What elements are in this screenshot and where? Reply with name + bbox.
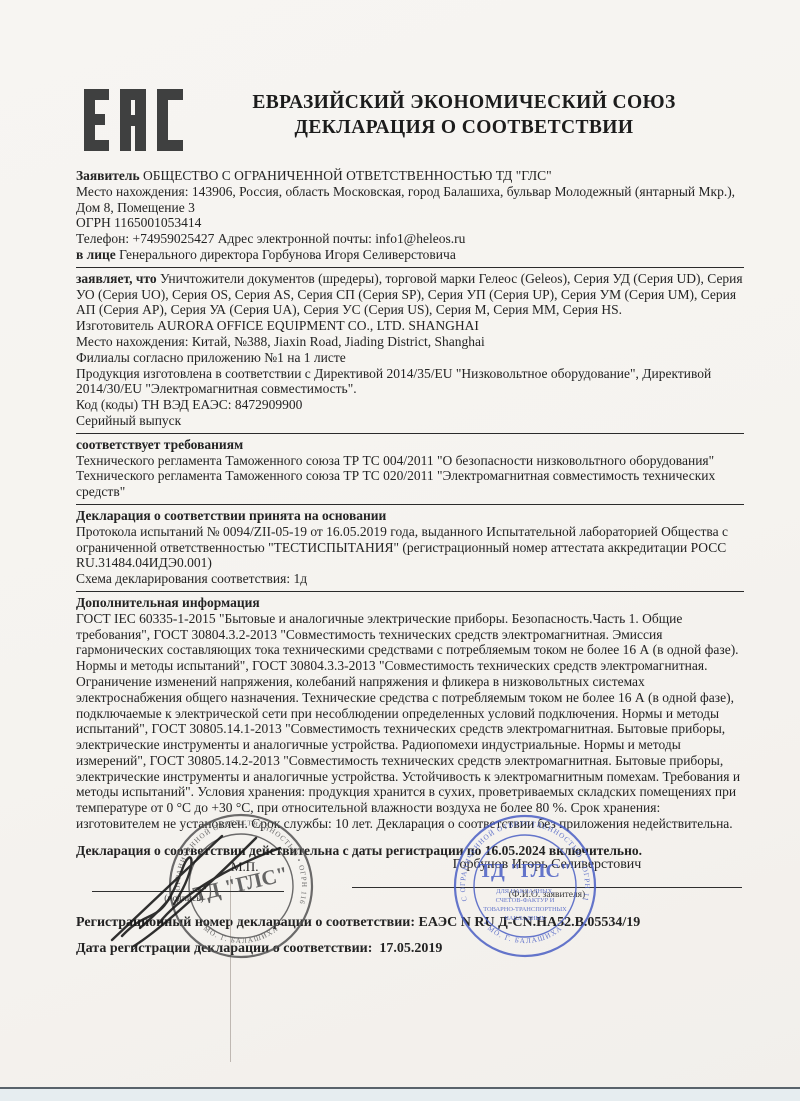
tn-ved-code: Код (коды) ТН ВЭД ЕАЭС: 8472909900 [76, 397, 744, 413]
serial-issue: Серийный выпуск [76, 413, 744, 429]
additional-header: Дополнительная информация [76, 595, 744, 611]
blue-stamp-purpose-line: ТОВАРНО-ТРАНСПОРТНЫХ [483, 906, 567, 913]
blue-stamp-purpose-line: СЧЕТОВ-ФАКТУР И [496, 897, 555, 904]
signature-scribble [104, 808, 309, 958]
applicant-ogrn: ОГРН 1165001053414 [76, 215, 744, 231]
product-description: Уничтожители документов (шредеры), торго… [76, 271, 743, 318]
blue-stamp-company: ТД "ГЛС" [479, 860, 571, 882]
requirements-section: соответствует требованиям Технического р… [76, 434, 744, 505]
manufacturer: Изготовитель AURORA OFFICE EQUIPMENT CO.… [76, 318, 744, 334]
applicant-representative: в лице Генерального директора Горбунова … [76, 247, 744, 263]
applicant-section: Заявитель ОБЩЕСТВО С ОГРАНИЧЕННОЙ ОТВЕТС… [76, 166, 744, 268]
additional-text: ГОСТ IEC 60335-1-2015 "Бытовые и аналоги… [76, 611, 744, 832]
title-union: ЕВРАЗИЙСКИЙ ЭКОНОМИЧЕСКИЙ СОЮЗ [184, 90, 744, 115]
blue-stamp-purpose-line: НАКЛАДНЫХ [504, 915, 546, 922]
test-protocol: Протокола испытаний № 0094/ZII-05-19 от … [76, 524, 744, 571]
product-section: заявляет, что Уничтожители документов (ш… [76, 268, 744, 434]
blue-stamp-purpose-line: ДЛЯ НАКЛАДНЫХ, [496, 888, 554, 895]
declares-label: заявляет, что [76, 271, 157, 286]
product-line: заявляет, что Уничтожители документов (ш… [76, 271, 744, 318]
applicant-line: Заявитель ОБЩЕСТВО С ОГРАНИЧЕННОЙ ОТВЕТС… [76, 168, 744, 184]
applicant-name: ОБЩЕСТВО С ОГРАНИЧЕННОЙ ОТВЕТСТВЕННОСТЬЮ… [143, 168, 552, 183]
basis-section: Декларация о соответствии принята на осн… [76, 505, 744, 592]
manufacturer-address: Место нахождения: Китай, №388, Jiaxin Ro… [76, 334, 744, 350]
scan-bottom-edge [0, 1087, 800, 1101]
directives: Продукция изготовлена в соответствии с Д… [76, 366, 744, 398]
declaration-document: ЕВРАЗИЙСКИЙ ЭКОНОМИЧЕСКИЙ СОЮЗ ДЕКЛАРАЦИ… [0, 0, 800, 1101]
requirement-item: Технического регламента Таможенного союз… [76, 453, 744, 469]
eac-logo [84, 88, 184, 152]
representative-label: в лице [76, 247, 116, 262]
document-title: ЕВРАЗИЙСКИЙ ЭКОНОМИЧЕСКИЙ СОЮЗ ДЕКЛАРАЦИ… [184, 84, 744, 140]
branches: Филиалы согласно приложению №1 на 1 лист… [76, 350, 744, 366]
representative-name: Генерального директора Горбунова Игоря С… [119, 247, 456, 262]
svg-text:• МО. Г. БАЛАШИХА •: • МО. Г. БАЛАШИХА • [481, 920, 569, 945]
requirement-item: Технического регламента Таможенного союз… [76, 468, 744, 500]
additional-info-section: Дополнительная информация ГОСТ IEC 60335… [76, 592, 744, 836]
applicant-address: Место нахождения: 143906, Россия, област… [76, 184, 744, 216]
applicant-label: Заявитель [76, 168, 140, 183]
title-declaration: ДЕКЛАРАЦИЯ О СООТВЕТСТВИИ [184, 115, 744, 140]
signature-block: (подпись) М.П. Горбунов Игорь Селиверсто… [76, 863, 744, 909]
blue-stamp-ring-bottom: • МО. Г. БАЛАШИХА • [481, 920, 569, 945]
document-header: ЕВРАЗИЙСКИЙ ЭКОНОМИЧЕСКИЙ СОЮЗ ДЕКЛАРАЦИ… [76, 84, 744, 152]
applicant-phone-email: Телефон: +74959025427 Адрес электронной … [76, 231, 744, 247]
blue-round-stamp: ОБЩЕСТВО С ОГРАНИЧЕННОЙ ОТВЕТСТВЕННОСТЬЮ… [452, 813, 598, 959]
requirements-header: соответствует требованиям [76, 437, 744, 453]
basis-header: Декларация о соответствии принята на осн… [76, 508, 744, 524]
declaration-scheme: Схема декларирования соответствия: 1д [76, 571, 744, 587]
registration-date-value: 17.05.2019 [379, 941, 442, 956]
